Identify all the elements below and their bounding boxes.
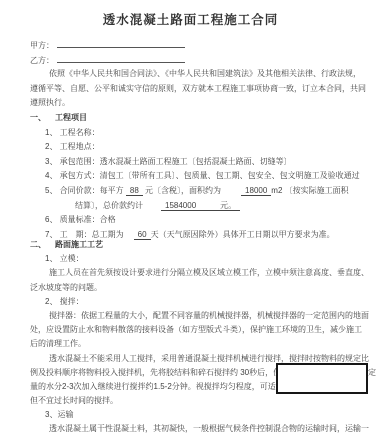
- intro-line: 遵循平等、自愿、公平和诚实守信的原则，双方就本工程施工事项协商一致，订立本合同，…: [30, 82, 371, 97]
- transport-paragraph-line: 透水混凝土属干性混凝土料，其初凝快，一般根据气候条件控制混合物的运输时间，运输一: [30, 422, 371, 436]
- price-seg1: 5、 合同价款：每平方: [45, 186, 124, 195]
- mixer-paragraph-line: 搅拌器：依据工程量的大小，配置不同容量的机械搅拌器，机械搅拌器的一定范围内的地面: [30, 309, 371, 323]
- section2-heading: 二、路面施工工艺: [30, 238, 371, 252]
- party-b-label: 乙方：: [30, 56, 54, 65]
- section1-heading: 一、工程项目: [30, 111, 371, 126]
- section1-title: 工程项目: [55, 113, 87, 122]
- mixer-paragraph-line: 处，应设置防止水和物料散落的接料设备（如方型版式斗类），保护施工环境的卫生，减少…: [30, 323, 371, 337]
- price-seg2: 元〔含税〕，面积约为: [145, 186, 221, 195]
- mixing-procedure-line: 但不宜过长时间的搅拌。: [30, 394, 371, 408]
- price-seg3: m2 〔按实际施工面积: [271, 186, 348, 195]
- subsection-heading-mixing: 2、 搅拌：: [30, 295, 371, 309]
- party-b-line: 乙方：: [30, 53, 371, 68]
- party-a-line: 甲方：: [30, 38, 371, 53]
- contract-item-location: 2、 工程地点：: [30, 140, 371, 155]
- mixing-line-right-char: 定: [368, 366, 376, 380]
- blank-space: [221, 192, 241, 193]
- contract-item-quality: 6、 质量标准：合格: [30, 213, 371, 228]
- mixer-paragraph-line: 后的清理工作。: [30, 337, 371, 351]
- subsection-heading-formwork: 1、 立模：: [30, 252, 371, 266]
- price-per-sqm-value: 88: [126, 186, 143, 196]
- contract-item-scope: 3、 承包范围：透水混凝土路面工程施工〔包括混凝土路面、切缝等〕: [30, 155, 371, 170]
- doc-body-section2: 二、路面施工工艺 1、 立模： 施工人员在首先须按设计要求进行分隔立模及区域立模…: [30, 238, 371, 437]
- subsection-heading-transport: 3、运输: [30, 408, 371, 422]
- area-value: 18000: [241, 186, 271, 196]
- party-a-blank-underline: [57, 38, 185, 48]
- blank-space: [143, 207, 161, 208]
- contract-item-project-name: 1、 工程名称：: [30, 126, 371, 141]
- whiteout-text-box: [276, 363, 368, 394]
- document-page: 透水混凝土路面工程施工合同 甲方： 乙方： 依照《中华人民共和国合同法》、《中华…: [0, 0, 381, 439]
- formwork-paragraph-line: 施工人员在首先须按设计要求进行分隔立模及区域立模工作，立模中须注意高度、垂直度、: [30, 266, 371, 280]
- mixing-line-left: 例及投料顺序将物料投入搅拌机，先将胶结料和碎石搅拌约 30秒后，使: [30, 368, 281, 377]
- section1-number: 一、: [30, 113, 46, 122]
- doc-title: 透水混凝土路面工程施工合同: [0, 10, 381, 28]
- party-b-blank-underline: [57, 53, 185, 63]
- total-price-value: 1584000 元。: [161, 201, 240, 211]
- contract-item-price-cont: 结算〕，总价款约计1584000 元。: [30, 199, 371, 214]
- doc-body-top: 甲方： 乙方： 依照《中华人民共和国合同法》、《中华人民共和国建筑法》及其他相关…: [30, 38, 371, 242]
- party-a-label: 甲方：: [30, 41, 54, 50]
- section2-title: 路面施工工艺: [55, 240, 103, 249]
- price-line2-seg1: 结算〕，总价款约计: [75, 201, 143, 210]
- contract-item-price: 5、 合同价款：每平方 88 元〔含税〕，面积约为18000m2 〔按实际施工面…: [30, 184, 371, 199]
- blank-space: [124, 236, 134, 237]
- contract-item-method: 4、 承包方式：清包工〔带所有工具〕、包质量、包工期、包安全、包文明施工及验收通…: [30, 169, 371, 184]
- intro-line: 依照《中华人民共和国合同法》、《中华人民共和国建筑法》及其他相关法律、行政法规，: [30, 67, 371, 82]
- formwork-paragraph-line: 泛水坡度等的问题。: [30, 281, 371, 295]
- section2-number: 二、: [30, 240, 46, 249]
- intro-line: 遵照执行。: [30, 96, 371, 111]
